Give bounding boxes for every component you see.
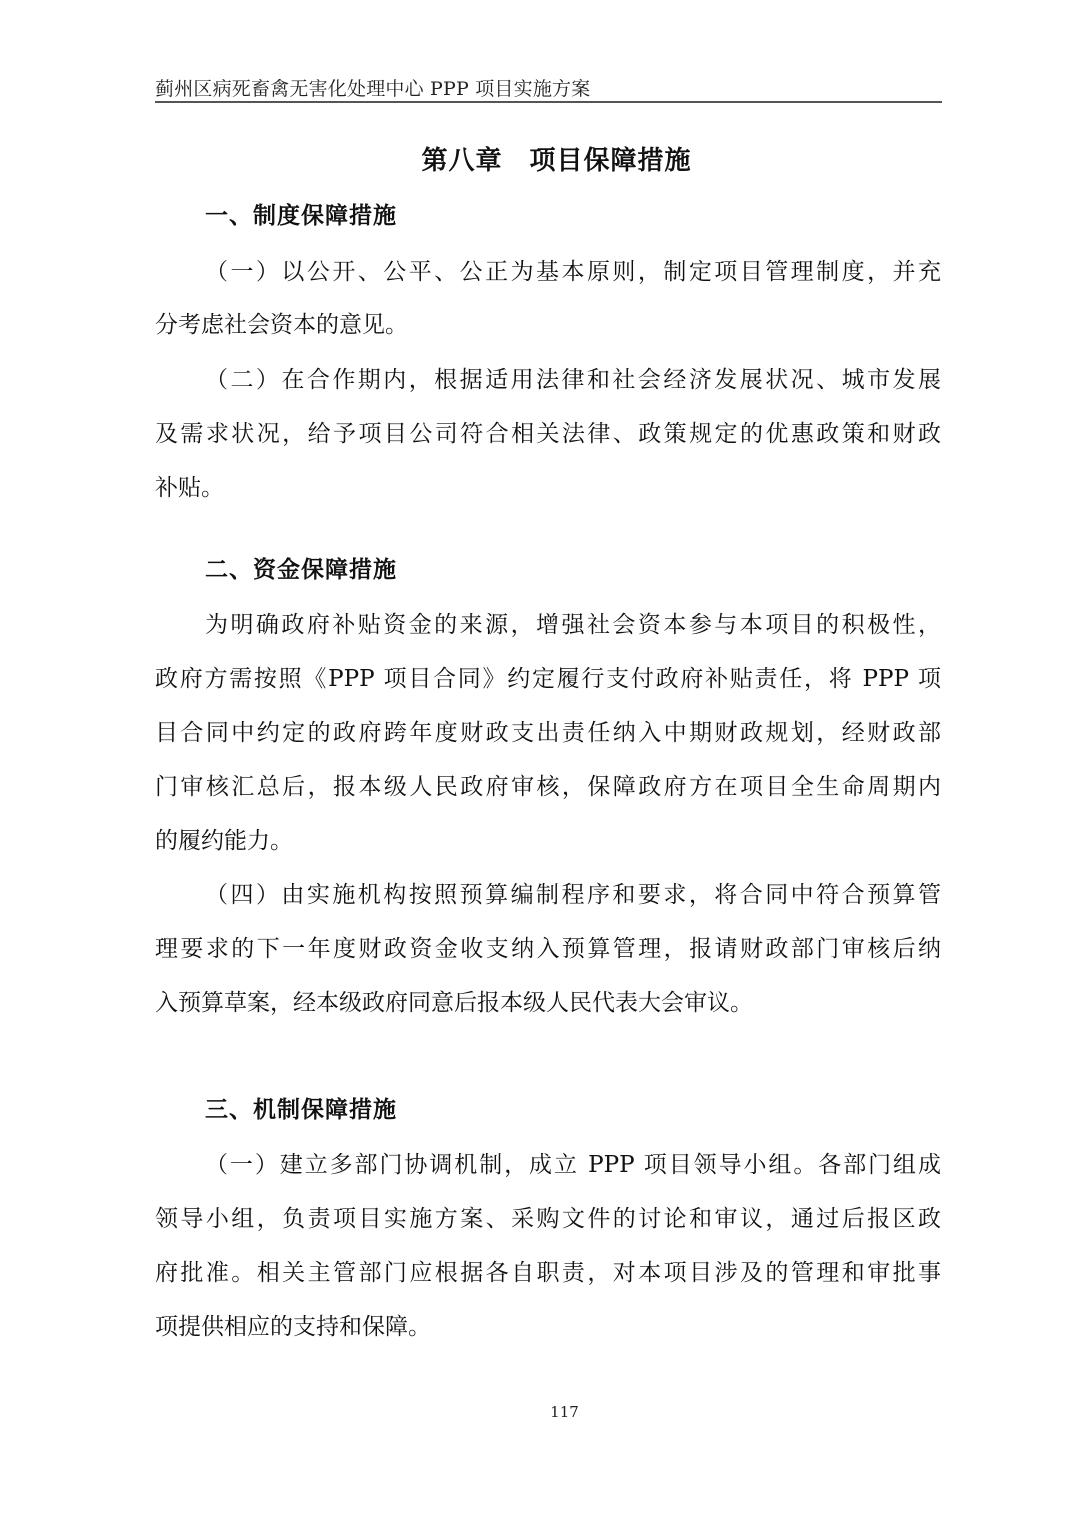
page-number: 117 (0, 1402, 1069, 1422)
paragraph-line: 的履约能力。 (155, 825, 941, 857)
running-header: 蓟州区病死畜禽无害化处理中心 PPP 项目实施方案 (155, 76, 941, 102)
paragraph-line: 门审核汇总后，报本级人民政府审核，保障政府方在项目全生命周期内 (155, 771, 941, 803)
paragraph-line: （一）以公开、公平、公正为基本原则，制定项目管理制度，并充 (205, 256, 941, 288)
paragraph-line: 入预算草案，经本级政府同意后报本级人民代表大会审议。 (155, 987, 941, 1019)
paragraph-line: 为明确政府补贴资金的来源，增强社会资本参与本项目的积极性， (205, 609, 941, 641)
paragraph-line: 分考虑社会资本的意见。 (155, 309, 941, 341)
paragraph-line: 政府方需按照《PPP 项目合同》约定履行支付政府补贴责任，将 PPP 项 (155, 663, 941, 695)
paragraph-line: 府批准。相关主管部门应根据各自职责，对本项目涉及的管理和审批事 (155, 1257, 941, 1289)
paragraph-line: （二）在合作期内，根据适用法律和社会经济发展状况、城市发展 (205, 364, 941, 396)
paragraph-line: 补贴。 (155, 472, 941, 504)
section-heading-funding: 二、资金保障措施 (205, 554, 397, 586)
header-divider (155, 101, 942, 103)
section-heading-institutional: 一、制度保障措施 (205, 200, 397, 232)
paragraph-line: 及需求状况，给予项目公司符合相关法律、政策规定的优惠政策和财政 (155, 418, 941, 450)
paragraph-line: （四）由实施机构按照预算编制程序和要求，将合同中符合预算管 (205, 879, 941, 911)
paragraph-line: 目合同中约定的政府跨年度财政支出责任纳入中期财政规划，经财政部 (155, 717, 941, 749)
chapter-title: 第八章 项目保障措施 (0, 143, 1069, 179)
paragraph-line: 领导小组，负责项目实施方案、采购文件的讨论和审议，通过后报区政 (155, 1203, 941, 1235)
paragraph-line: 理要求的下一年度财政资金收支纳入预算管理，报请财政部门审核后纳 (155, 933, 941, 965)
paragraph-line: （一）建立多部门协调机制，成立 PPP 项目领导小组。各部门组成 (205, 1149, 941, 1181)
paragraph-line: 项提供相应的支持和保障。 (155, 1311, 941, 1343)
section-heading-mechanism: 三、机制保障措施 (205, 1094, 397, 1126)
